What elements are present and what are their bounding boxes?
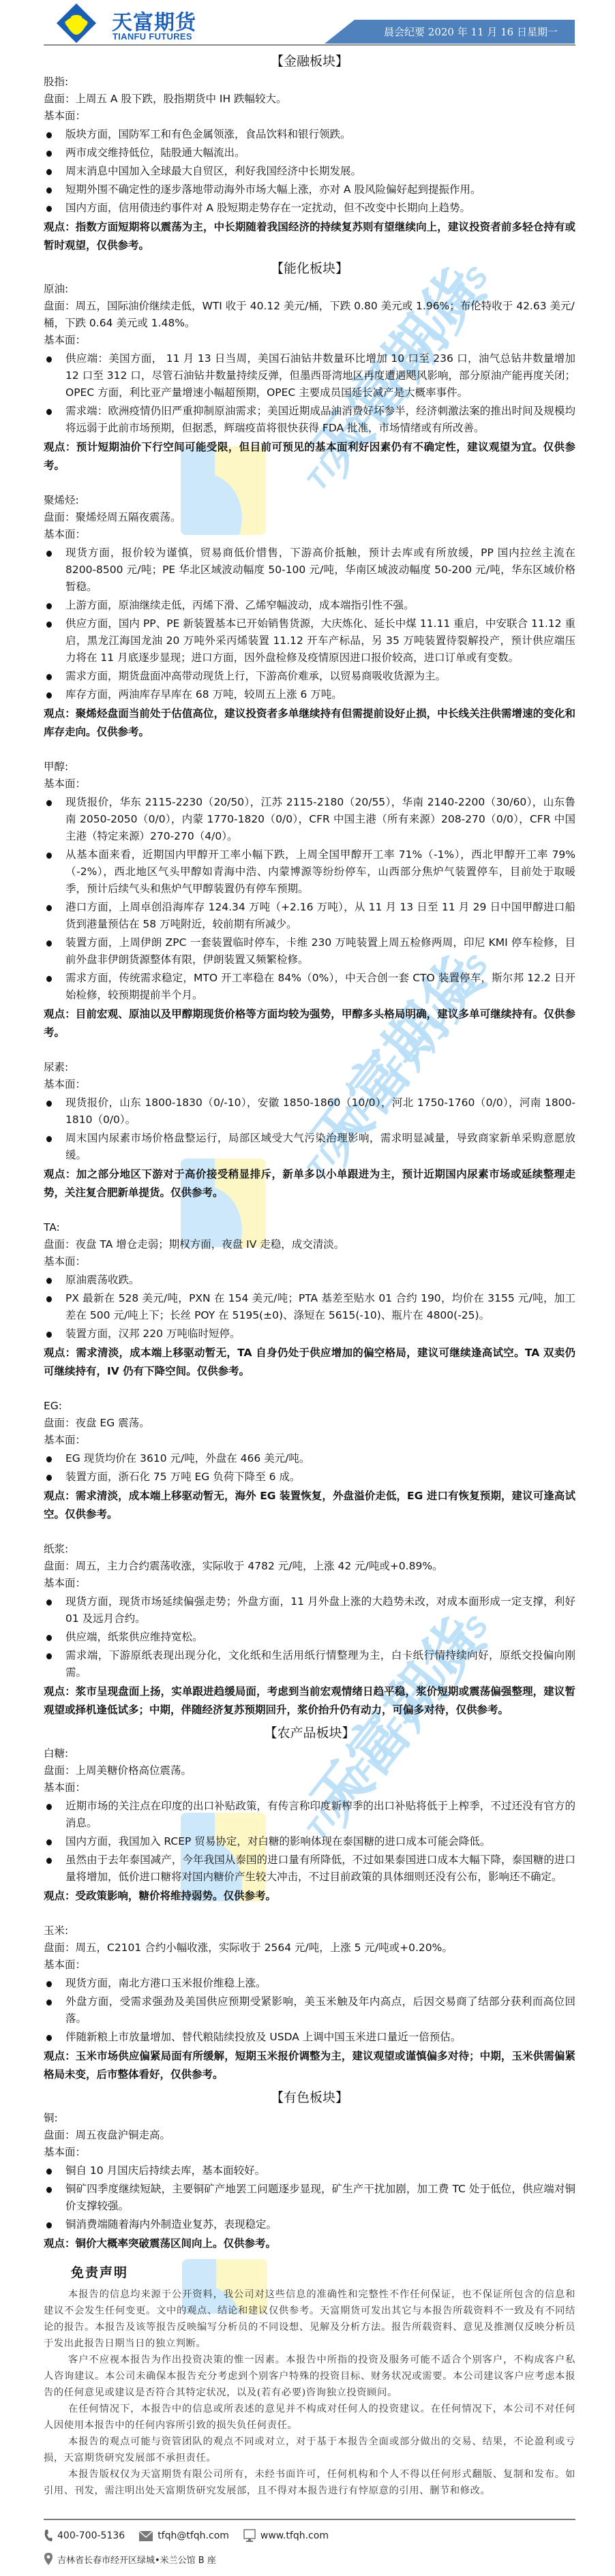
list-item-text: 装置方面，上周伊朗 ZPC 一套装置临时停车，卡维 230 万吨装置上周五检修两…	[65, 936, 575, 966]
list-item: 需求端，下游原纸表现出现分化，文化纸和生活用纸行情整理为主，白卡纸行情持续向好，…	[44, 1647, 575, 1681]
list-item: EG 现货均价在 3610 元/吨，外盘在 466 美元/吨。	[44, 1450, 575, 1467]
fundamentals-list: 供应端：美国方面， 11 月 13 日当周，美国石油钻井数量环比增加 10 口至…	[44, 350, 575, 437]
list-item: 短期外围不确定性的逐步落地带动海外市场大幅上涨，亦对 A 股风险偏好起到提振作用…	[44, 181, 575, 198]
list-item-text: 周末消息中国加入全球最大自贸区，利好我国经济中长期发展。	[65, 165, 361, 177]
outlook-view: 观点：聚烯烃盘面当前处于估值高位，建议投资者多单继续持有但需提前设好止损，中长线…	[44, 705, 575, 741]
outlook-view: 观点：需求清淡，成本端上移驱动暂无，海外 EG 装置恢复，外盘溢价走低，EG 进…	[44, 1487, 575, 1524]
outlook-view: 观点：玉米市场供应偏紧局面有所缓解，短期玉米报价调整为主，建议观望或谨慎偏多对待…	[44, 2047, 575, 2084]
list-item: 装置方面，浙石化 75 万吨 EG 负荷下降至 6 成。	[44, 1469, 575, 1486]
bullet-icon	[46, 853, 52, 859]
list-item: 需求方面，传统需求稳定，MTO 开工率稳在 84%（0%），中天合创一套 CTO…	[44, 970, 575, 1004]
list-item-text: PX 最新在 528 美元/吨，PXN 在 154 美元/吨；PTA 基差至贴水…	[65, 1292, 575, 1321]
logo-diamond-icon	[56, 3, 97, 44]
commodity-block: 聚烯烃:盘面：聚烯烃周五隔夜震荡。基本面：现货方面，报价较为谨慎，贸易商低价惜售…	[44, 492, 575, 741]
footer-divider	[44, 2519, 575, 2520]
commodity-block: TA:盘面：夜盘 TA 增仓走弱；期权方面，夜盘 IV 走稳，成交清淡。基本面：…	[44, 1219, 575, 1381]
list-item-text: 现货方面，南北方港口玉米报价维稳上涨。	[65, 1977, 267, 1989]
commodity-block: 白糖:盘面：上周美糖价格高位震荡。基本面：近期市场的关注点在印度的出口补贴政策，…	[44, 1745, 575, 1905]
disclaimer: 免责声明 本报告的信息均来源于公开资料，我公司对这些信息的准确性和完整性不作任何…	[44, 2263, 575, 2499]
list-item-text: 铜消费端随着海内外制造业复苏，表现稳定。	[65, 2218, 277, 2230]
commodity-name: 白糖:	[44, 1745, 575, 1762]
list-item-text: 虽然由于去年泰国减产，今年我国从泰国的进口量有所降低，不过如果泰国进口成本大幅下…	[65, 1854, 575, 1883]
bullet-icon	[46, 2035, 52, 2041]
fundamentals-label: 基本面：	[44, 1575, 575, 1592]
bullet-icon	[46, 603, 52, 609]
section-title: 【有色板块】	[44, 2087, 575, 2109]
list-item: 近期市场的关注点在印度的出口补贴政策，有传言称印度新榨季的出口补贴将低于上榨季，…	[44, 1798, 575, 1832]
list-item-text: 铜自 10 月国庆后持续去库，基本面较好。	[65, 2164, 265, 2177]
commodity-block: EG:盘面：夜盘 EG 震荡。基本面：EG 现货均价在 3610 元/吨，外盘在…	[44, 1398, 575, 1524]
section-title: 【农产品板块】	[44, 1722, 575, 1744]
market-summary: 盘面：聚烯烃周五隔夜震荡。	[44, 509, 575, 526]
disclaimer-paragraph: 本报告版权仅为天富期货有限公司所有，未经书面许可，任何机构和个人不得以任何形式翻…	[44, 2466, 575, 2499]
list-item: 虽然由于去年泰国减产，今年我国从泰国的进口量有所降低，不过如果泰国进口成本大幅下…	[44, 1852, 575, 1886]
bullet-icon	[46, 976, 52, 982]
market-summary: 盘面：周五，国际油价继续走低，WTI 收于 40.12 美元/桶，下跌 0.80…	[44, 298, 575, 332]
market-summary: 盘面：上周美糖价格高位震荡。	[44, 1762, 575, 1779]
fundamentals-label: 基本面：	[44, 526, 575, 543]
disclaimer-paragraph: 本报告的信息均来源于公开资料，我公司对这些信息的准确性和完整性不作任何保证，也不…	[44, 2286, 575, 2352]
report-section: 【农产品板块】白糖:盘面：上周美糖价格高位震荡。基本面：近期市场的关注点在印度的…	[44, 1722, 575, 2084]
bullet-icon	[46, 1981, 52, 1987]
list-item: 国内方面，信用债违约事件对 A 股短期走势存在一定扰动，但不改变中长期向上趋势。	[44, 200, 575, 217]
fundamentals-list: 现货方面，现货市场延续偏强走势；外盘方面，11 月外盘上涨的大趋势未改，对成本面…	[44, 1593, 575, 1681]
bullet-icon	[46, 132, 52, 138]
list-item: 版块方面，国防军工和有色金属领涨，食品饮料和银行领跌。	[44, 126, 575, 143]
list-item-text: 上游方面，原油继续走低，丙烯下滑、乙烯窄幅波动，成本端指引性不强。	[65, 599, 415, 611]
outlook-view: 观点：指数方面短期将以震荡为主，中长期随着我国经济的持续复苏则有望继续向上，建议…	[44, 218, 575, 255]
commodity-name: 原油:	[44, 281, 575, 298]
list-item-text: 近期市场的关注点在印度的出口补贴政策，有传言称印度新榨季的出口补贴将低于上榨季，…	[65, 1800, 575, 1829]
market-summary: 盘面：周五，C2101 合约小幅收涨，实际收于 2564 元/吨，上涨 5 元/…	[44, 1939, 575, 1957]
report-date: 晨会纪要 2020 年 11 月 16 日星期一	[365, 25, 570, 39]
fundamentals-label: 基本面：	[44, 108, 575, 125]
outlook-view: 观点：目前宏观、原油以及甲醇期现货价格等方面均较为强势，甲醇多头格局明确，建议多…	[44, 1005, 575, 1042]
bullet-icon	[46, 187, 52, 194]
bullet-icon	[46, 1475, 52, 1481]
fundamentals-label: 基本面：	[44, 1076, 575, 1093]
outlook-view: 观点：预计短期油价下行空间可能受限，但目前可预见的基本面利好因素仍有不确定性，建…	[44, 438, 575, 475]
disclaimer-title: 免责声明	[71, 2263, 575, 2281]
fundamentals-list: 现货方面，南北方港口玉米报价维稳上涨。外盘方面，受需求强劲及美国供应预期受紧影响…	[44, 1975, 575, 2046]
commodity-block: 股指:盘面：上周五 A 股下跌，股指期货中 IH 跌幅较大。基本面：版块方面，国…	[44, 74, 575, 255]
fundamentals-label: 基本面：	[44, 332, 575, 349]
list-item: 供应方面，国内 PP、PE 新装置基本已开始销售货源，大庆炼化、延长中煤 11.…	[44, 615, 575, 666]
list-item-text: 外盘方面，受需求强劲及美国供应预期受紧影响，美玉米触及年内高点，后因交易商了结部…	[65, 1995, 575, 2025]
address-contact: 吉林省长春市经开区绿城•米兰公馆 B 座	[44, 2552, 216, 2566]
list-item-text: 港口方面，上周卓创沿海库存 124.34 万吨（+2.16 万吨），从 11 月…	[65, 901, 575, 930]
outlook-view: 观点：需求清淡，成本端上移驱动暂无，TA 自身仍处于供应增加的偏空格局，建议可继…	[44, 1344, 575, 1381]
fundamentals-list: 现货报价，山东 1800-1830（0/-10），安徽 1850-1860（10…	[44, 1094, 575, 1164]
list-item-text: 国内方面，信用债违约事件对 A 股短期走势存在一定扰动，但不改变中长期向上趋势。	[65, 202, 470, 214]
list-item-text: 装置方面，浙石化 75 万吨 EG 负荷下降至 6 成。	[65, 1471, 300, 1483]
phone-icon	[44, 2529, 53, 2543]
bullet-icon	[46, 169, 52, 175]
list-item: 供应端，纸浆供应维持宽松。	[44, 1629, 575, 1646]
list-item: 供应端：美国方面， 11 月 13 日当周，美国石油钻井数量环比增加 10 口至…	[44, 350, 575, 401]
outlook-view: 观点：浆市呈现盘面上扬，实单跟进趋缓局面，考虑到当前宏观情绪日趋平稳，浆价短期或…	[44, 1683, 575, 1719]
commodity-block: 玉米:盘面：周五，C2101 合约小幅收涨，实际收于 2564 元/吨，上涨 5…	[44, 1922, 575, 2084]
list-item-text: 版块方面，国防军工和有色金属领涨，食品饮料和银行领跌。	[65, 128, 351, 140]
address-text: 吉林省长春市经开区绿城•米兰公馆 B 座	[57, 2553, 216, 2566]
disclaimer-paragraph: 在任何情况下，本报告中的信息或所表述的意见并不构成对任何人的投资建议。在任何情况…	[44, 2401, 575, 2434]
list-item: 现货方面，南北方港口玉米报价维稳上涨。	[44, 1975, 575, 1992]
bullet-icon	[46, 1136, 52, 1142]
list-item-text: 需求端，下游原纸表现出现分化，文化纸和生活用纸行情整理为主，白卡纸行情持续向好，…	[65, 1649, 575, 1678]
fundamentals-list: 现货方面，报价较为谨慎，贸易商低价惜售，下游高价抵触，预计去库或有所放缓，PP …	[44, 545, 575, 703]
list-item-text: 现货报价，华东 2115-2230（20/50），江苏 2115-2180（20…	[65, 796, 575, 842]
email-contact[interactable]: tfqh@tfqh.com	[138, 2530, 229, 2542]
bullet-icon	[46, 800, 52, 806]
list-item-text: 铜矿四季度继续短缺，主要铜矿产地罢工问题逐步显现，矿生产干扰加剧，加工费 TC …	[65, 2183, 575, 2212]
commodity-block: 原油:盘面：周五，国际油价继续走低，WTI 收于 40.12 美元/桶，下跌 0…	[44, 281, 575, 475]
list-item: 从基本面来看，近期国内甲醇开工率小幅下跌，上周全国甲醇开工率 71%（-1%），…	[44, 846, 575, 898]
list-item: 原油震荡收跌。	[44, 1272, 575, 1289]
commodity-name: 股指:	[44, 74, 575, 91]
commodity-name: 铜:	[44, 2110, 575, 2127]
list-item-text: 原油震荡收跌。	[65, 1274, 140, 1286]
list-item: 现货方面，报价较为谨慎，贸易商低价惜售，下游高价抵触，预计去库或有所放缓，PP …	[44, 545, 575, 596]
list-item: 需求方面，期货盘面冲高带动现货上行，下游高价难承，以贸易商吸收货源为主。	[44, 668, 575, 685]
commodity-name: 纸浆:	[44, 1541, 575, 1558]
list-item: 铜消费端随着海内外制造业复苏，表现稳定。	[44, 2216, 575, 2233]
bullet-icon	[46, 1839, 52, 1845]
list-item: 铜矿四季度继续短缺，主要铜矿产地罢工问题逐步显现，矿生产干扰加剧，加工费 TC …	[44, 2181, 575, 2215]
fundamentals-label: 基本面：	[44, 1957, 575, 1974]
list-item: 周末消息中国加入全球最大自贸区，利好我国经济中长期发展。	[44, 163, 575, 180]
fundamentals-label: 基本面：	[44, 1432, 575, 1449]
list-item-text: 库存方面，两油库存早库在 68 万吨，较周五上涨 6 万吨。	[65, 688, 342, 701]
list-item: 外盘方面，受需求强劲及美国供应预期受紧影响，美玉米触及年内高点，后因交易商了结部…	[44, 1993, 575, 2027]
bullet-icon	[46, 940, 52, 947]
list-item-text: 装置方面，汉邦 220 万吨临时短停。	[65, 1328, 240, 1340]
list-item: 需求端：欧洲疫情仍旧严重抑制原油需求；美国近期成品油消费好坏参半，经济刺激法案的…	[44, 403, 575, 437]
bullet-icon	[46, 2187, 52, 2193]
market-summary: 盘面：夜盘 EG 震荡。	[44, 1415, 575, 1432]
bullet-icon	[46, 1599, 52, 1606]
fundamentals-label: 基本面：	[44, 2144, 575, 2161]
list-item: 周末国内尿素市场价格盘整运行，局部区域受大气污染治理影响，需求明显减量，导致商家…	[44, 1130, 575, 1164]
section-title: 【能化板块】	[44, 258, 575, 279]
fundamentals-list: EG 现货均价在 3610 元/吨，外盘在 466 美元/吨。装置方面，浙石化 …	[44, 1450, 575, 1486]
outlook-view: 观点：加之部分地区下游对于高价接受稍显排斥，新单多以小单跟进为主，预计近期国内尿…	[44, 1165, 575, 1202]
list-item-text: 现货方面，报价较为谨慎，贸易商低价惜售，下游高价抵触，预计去库或有所放缓，PP …	[65, 547, 575, 593]
phone-number: 400-700-5136	[57, 2530, 125, 2541]
bullet-icon	[46, 2168, 52, 2175]
bullet-icon	[46, 409, 52, 415]
bullet-icon	[46, 1999, 52, 2006]
fundamentals-label: 基本面：	[44, 1779, 575, 1796]
list-item-text: 短期外围不确定性的逐步落地带动海外市场大幅上涨，亦对 A 股风险偏好起到提振作用…	[65, 183, 481, 196]
map-pin-icon	[44, 2552, 53, 2566]
report-section: 【有色板块】铜:盘面：周五夜盘沪铜走高。基本面：铜自 10 月国庆后持续去库，基…	[44, 2087, 575, 2253]
bullet-icon	[46, 905, 52, 911]
list-item-text: 供应端：美国方面， 11 月 13 日当周，美国石油钻井数量环比增加 10 口至…	[65, 352, 575, 399]
monitor-icon	[243, 2529, 256, 2543]
report-content: 【金融板块】股指:盘面：上周五 A 股下跌，股指期货中 IH 跌幅较大。基本面：…	[44, 48, 575, 2253]
list-item: 现货报价，华东 2115-2230（20/50），江苏 2115-2180（20…	[44, 794, 575, 845]
list-item: 港口方面，上周卓创沿海库存 124.34 万吨（+2.16 万吨），从 11 月…	[44, 899, 575, 933]
commodity-name: 聚烯烃:	[44, 492, 575, 509]
bullet-icon	[46, 2222, 52, 2228]
commodity-name: EG:	[44, 1398, 575, 1415]
market-summary: 盘面：上周五 A 股下跌，股指期货中 IH 跌幅较大。	[44, 91, 575, 108]
bullet-icon	[46, 1804, 52, 1810]
date-banner: 晨会纪要 2020 年 11 月 16 日星期一	[325, 20, 575, 44]
list-item-text: 需求方面，传统需求稳定，MTO 开工率稳在 84%（0%），中天合创一套 CTO…	[65, 972, 575, 1001]
fundamentals-list: 版块方面，国防军工和有色金属领涨，食品饮料和银行领跌。两市成交维持低位，陆股通大…	[44, 126, 575, 217]
list-item: 铜自 10 月国庆后持续去库，基本面较好。	[44, 2162, 575, 2179]
company-logo: 天富期货 TIANFU FUTURES	[55, 1, 205, 46]
list-item: 伴随新粮上市放量增加、替代粮陆续投放及 USDA 上调中国玉米进口量近一倍预估。	[44, 2029, 575, 2046]
report-section: 【金融板块】股指:盘面：上周五 A 股下跌，股指期货中 IH 跌幅较大。基本面：…	[44, 50, 575, 255]
fundamentals-label: 基本面：	[44, 776, 575, 793]
bullet-icon	[46, 1332, 52, 1338]
bullet-icon	[46, 674, 52, 680]
bullet-icon	[46, 692, 52, 699]
fundamentals-list: 现货报价，华东 2115-2230（20/50），江苏 2115-2180（20…	[44, 794, 575, 1004]
commodity-block: 纸浆:盘面：周五，主力合约震荡收涨，实际收于 4782 元/吨，上涨 42 元/…	[44, 1541, 575, 1719]
commodity-block: 尿素:基本面：现货报价，山东 1800-1830（0/-10），安徽 1850-…	[44, 1059, 575, 1202]
bullet-icon	[46, 1456, 52, 1462]
outlook-view: 观点：受政策影响，糖价将维持弱势。仅供参考。	[44, 1887, 575, 1905]
outlook-view: 观点：铜价大概率突破震荡区间向上。仅供参考。	[44, 2235, 575, 2253]
website-contact[interactable]: www.tfqh.com	[243, 2529, 329, 2543]
list-item: 装置方面，汉邦 220 万吨临时短停。	[44, 1325, 575, 1343]
report-header: 天富期货 TIANFU FUTURES 晨会纪要 2020 年 11 月 16 …	[0, 0, 615, 46]
commodity-block: 甲醇:基本面：现货报价，华东 2115-2230（20/50），江苏 2115-…	[44, 758, 575, 1042]
list-item-text: 需求方面，期货盘面冲高带动现货上行，下游高价难承，以贸易商吸收货源为主。	[65, 670, 446, 682]
fundamentals-list: 原油震荡收跌。PX 最新在 528 美元/吨，PXN 在 154 美元/吨；PT…	[44, 1272, 575, 1343]
email-address[interactable]: tfqh@tfqh.com	[157, 2530, 229, 2541]
bullet-icon	[46, 1296, 52, 1302]
bullet-icon	[46, 622, 52, 628]
list-item-text: EG 现货均价在 3610 元/吨，外盘在 466 美元/吨。	[65, 1452, 310, 1465]
report-page: 天富期货 TIANFU FUTURES 天富期货 TIANFU FUTURES …	[0, 0, 615, 2576]
list-item-text: 两市成交维持低位，陆股通大幅流出。	[65, 147, 245, 159]
list-item-text: 从基本面来看，近期国内甲醇开工率小幅下跌，上周全国甲醇开工率 71%（-1%），…	[65, 848, 575, 895]
contact-footer: 400-700-5136 tfqh@tfqh.com www.tfqh.com	[44, 2527, 575, 2568]
bullet-icon	[46, 1278, 52, 1284]
list-item: 上游方面，原油继续走低，丙烯下滑、乙烯窄幅波动，成本端指引性不强。	[44, 597, 575, 614]
fundamentals-label: 基本面：	[44, 1253, 575, 1270]
list-item-text: 供应方面，国内 PP、PE 新装置基本已开始销售货源，大庆炼化、延长中煤 11.…	[65, 617, 575, 664]
list-item-text: 现货方面，现货市场延续偏强走势；外盘方面，11 月外盘上涨的大趋势未改，对成本面…	[65, 1595, 575, 1625]
bullet-icon	[46, 151, 52, 157]
market-summary: 盘面：夜盘 TA 增仓走弱；期权方面，夜盘 IV 走稳，成交清淡。	[44, 1236, 575, 1253]
list-item-text: 供应端，纸浆供应维持宽松。	[65, 1631, 203, 1643]
bullet-icon	[46, 1101, 52, 1107]
list-item: 装置方面，上周伊朗 ZPC 一套装置临时停车，卡维 230 万吨装置上周五检修两…	[44, 934, 575, 968]
bullet-icon	[46, 1858, 52, 1864]
phone-contact: 400-700-5136	[44, 2529, 125, 2543]
list-item: 国内方面，我国加入 RCEP 贸易协定，对白糖的影响体现在泰国糖的进口成本可能会…	[44, 1833, 575, 1850]
list-item: PX 最新在 528 美元/吨，PXN 在 154 美元/吨；PTA 基差至贴水…	[44, 1290, 575, 1324]
list-item-text: 需求端：欧洲疫情仍旧严重抑制原油需求；美国近期成品油消费好坏参半，经济刺激法案的…	[65, 405, 575, 434]
commodity-name: TA:	[44, 1219, 575, 1236]
mail-icon	[138, 2530, 153, 2542]
disclaimer-paragraph: 客户不应视本报告为作出投资决策的惟一因素。本报告中所指的投资及服务可能不适合个别…	[44, 2352, 575, 2401]
list-item: 现货报价，山东 1800-1830（0/-10），安徽 1850-1860（10…	[44, 1094, 575, 1129]
bullet-icon	[46, 1653, 52, 1659]
commodity-name: 玉米:	[44, 1922, 575, 1939]
fundamentals-list: 铜自 10 月国庆后持续去库，基本面较好。铜矿四季度继续短缺，主要铜矿产地罢工问…	[44, 2162, 575, 2233]
market-summary: 盘面：周五夜盘沪铜走高。	[44, 2127, 575, 2144]
bullet-icon	[46, 551, 52, 557]
market-summary: 盘面：周五，主力合约震荡收涨，实际收于 4782 元/吨，上涨 42 元/吨或+…	[44, 1558, 575, 1575]
list-item-text: 国内方面，我国加入 RCEP 贸易协定，对白糖的影响体现在泰国糖的进口成本可能会…	[65, 1835, 490, 1847]
list-item: 现货方面，现货市场延续偏强走势；外盘方面，11 月外盘上涨的大趋势未改，对成本面…	[44, 1593, 575, 1627]
list-item-text: 现货报价，山东 1800-1830（0/-10），安徽 1850-1860（10…	[65, 1097, 575, 1126]
list-item-text: 周末国内尿素市场价格盘整运行，局部区域受大气污染治理影响，需求明显减量，导致商家…	[65, 1132, 575, 1161]
website-url[interactable]: www.tfqh.com	[260, 2530, 329, 2541]
list-item-text: 伴随新粮上市放量增加、替代粮陆续投放及 USDA 上调中国玉米进口量近一倍预估。	[65, 2031, 461, 2043]
bullet-icon	[46, 206, 52, 212]
report-section: 【能化板块】原油:盘面：周五，国际油价继续走低，WTI 收于 40.12 美元/…	[44, 258, 575, 1719]
fundamentals-list: 近期市场的关注点在印度的出口补贴政策，有传言称印度新榨季的出口补贴将低于上榨季，…	[44, 1798, 575, 1886]
commodity-name: 尿素:	[44, 1059, 575, 1076]
bullet-icon	[46, 1635, 52, 1641]
list-item: 两市成交维持低位，陆股通大幅流出。	[44, 144, 575, 162]
section-title: 【金融板块】	[44, 50, 575, 72]
header-divider	[44, 44, 575, 46]
commodity-block: 铜:盘面：周五夜盘沪铜走高。基本面：铜自 10 月国庆后持续去库，基本面较好。铜…	[44, 2110, 575, 2253]
disclaimer-paragraph: 本报告的观点可能与资管团队的观点不同或对立，对于基于本报告全面或部分做出的交易、…	[44, 2434, 575, 2466]
bullet-icon	[46, 356, 52, 363]
list-item: 库存方面，两油库存早库在 68 万吨，较周五上涨 6 万吨。	[44, 686, 575, 703]
commodity-name: 甲醇:	[44, 758, 575, 776]
logo-text-en: TIANFU FUTURES	[112, 31, 192, 42]
